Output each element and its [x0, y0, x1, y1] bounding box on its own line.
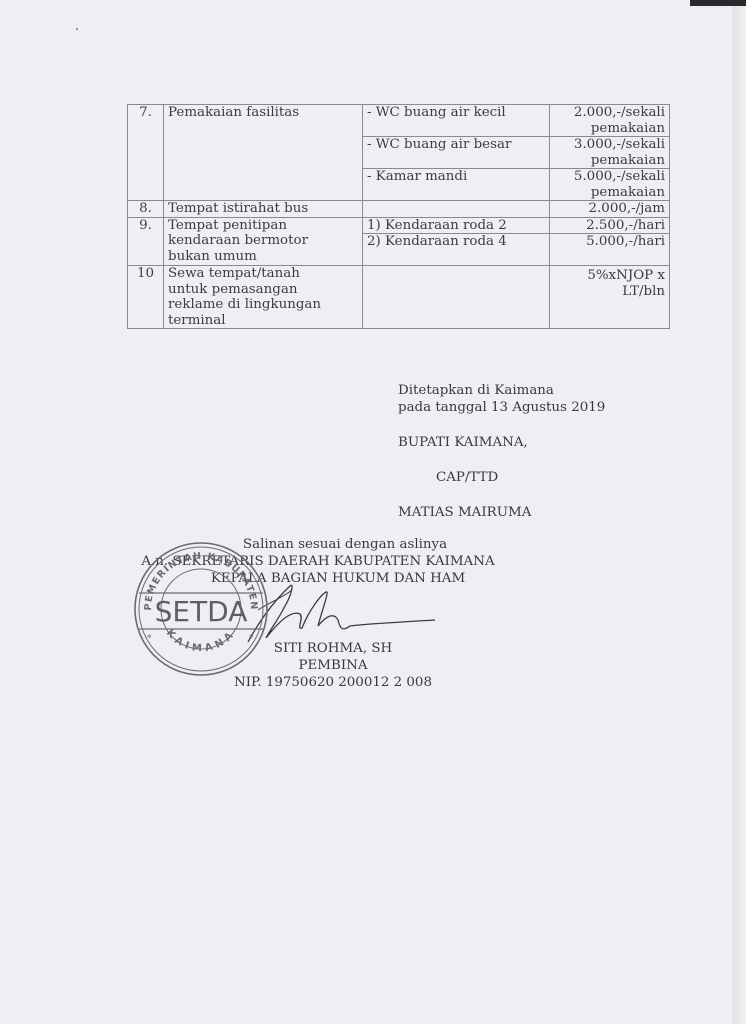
table-row: 7. Pemakaian fasilitas - WC buang air ke… [128, 105, 670, 137]
row-item: Pemakaian fasilitas [164, 105, 363, 201]
document-page: 7. Pemakaian fasilitas - WC buang air ke… [0, 0, 734, 1024]
row-tariff: 5.000,-/sekalipemakaian [550, 169, 670, 201]
enactment-place: Ditetapkan di Kaimana [398, 382, 605, 399]
row-number: 8. [128, 201, 164, 218]
row-subitem: 2) Kendaraan roda 4 [363, 234, 550, 266]
official-name: MATIAS MAIRUMA [398, 504, 605, 521]
row-subitem: - Kamar mandi [363, 169, 550, 201]
row-item: Sewa tempat/tanahuntuk pemasanganreklame… [164, 266, 363, 329]
row-subitem: - WC buang air besar [363, 137, 550, 169]
row-item: Tempat penitipankendaraan bermotorbukan … [164, 217, 363, 266]
row-tariff: 5%xNJOP xLT/bln [550, 266, 670, 329]
certifier-nip: NIP. 19750620 200012 2 008 [218, 674, 448, 691]
official-title: BUPATI KAIMANA, [398, 434, 605, 451]
enactment-date: pada tanggal 13 Agustus 2019 [398, 399, 605, 416]
row-tariff: 2.000,-/sekalipemakaian [550, 105, 670, 137]
table-row: 8. Tempat istirahat bus 2.000,-/jam [128, 201, 670, 218]
row-subitem: - WC buang air kecil [363, 105, 550, 137]
row-tariff: 3.000,-/sekalipemakaian [550, 137, 670, 169]
row-subitem [363, 266, 550, 329]
svg-text:SETDA: SETDA [155, 595, 248, 628]
scan-border [690, 0, 746, 6]
row-number: 9. [128, 217, 164, 266]
certifier-block: SITI ROHMA, SH PEMBINA NIP. 19750620 200… [218, 640, 448, 691]
table-row: 10 Sewa tempat/tanahuntuk pemasanganrekl… [128, 266, 670, 329]
row-tariff: 5.000,-/hari [550, 234, 670, 266]
seal-note: CAP/TTD [398, 469, 605, 486]
row-number: 10 [128, 266, 164, 329]
tariff-table: 7. Pemakaian fasilitas - WC buang air ke… [127, 104, 670, 329]
row-number: 7. [128, 105, 164, 201]
row-subitem [363, 201, 550, 218]
certifier-name: SITI ROHMA, SH [218, 640, 448, 657]
svg-text:*: * [147, 634, 152, 644]
row-subitem: 1) Kendaraan roda 2 [363, 217, 550, 234]
row-tariff: 2.500,-/hari [550, 217, 670, 234]
scan-edge [732, 0, 746, 1024]
enactment-block: Ditetapkan di Kaimana pada tanggal 13 Ag… [398, 382, 605, 521]
row-tariff: 2.000,-/jam [550, 201, 670, 218]
scan-speck [76, 28, 78, 30]
row-item: Tempat istirahat bus [164, 201, 363, 218]
table-row: 9. Tempat penitipankendaraan bermotorbuk… [128, 217, 670, 234]
certifier-rank: PEMBINA [218, 657, 448, 674]
